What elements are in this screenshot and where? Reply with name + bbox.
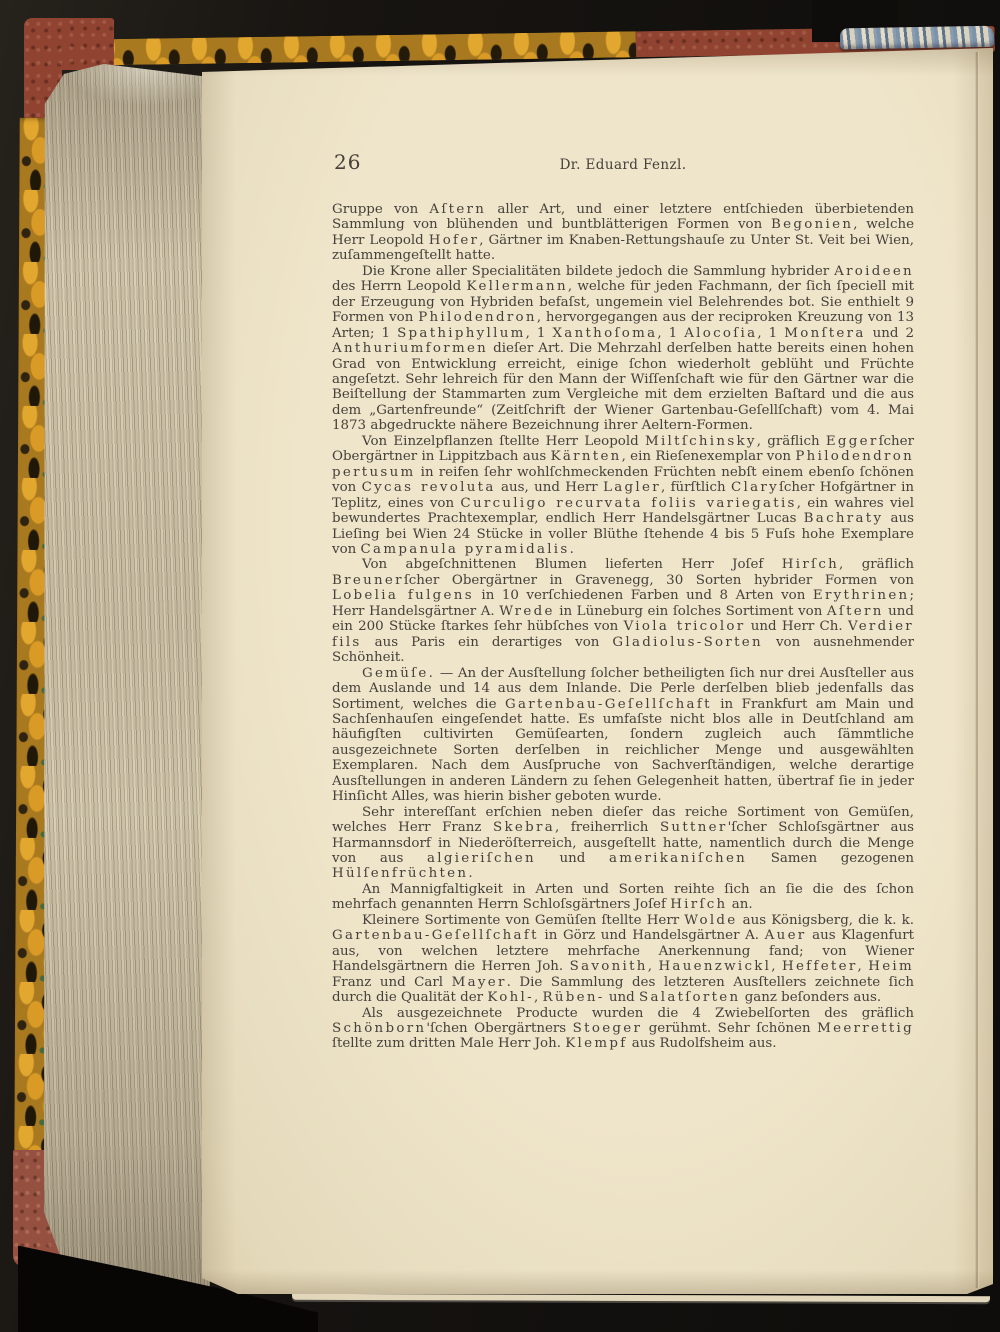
running-title: Dr. Eduard Fenzl. xyxy=(332,148,914,173)
spaced-term: Philodendron xyxy=(418,310,537,325)
text-run: Gruppe von xyxy=(332,202,429,217)
gutter-crease xyxy=(975,52,979,1288)
spaced-term: Aſtern xyxy=(827,604,884,619)
text-run: , 1 xyxy=(657,326,684,341)
spaced-term: Alocoſia xyxy=(684,326,757,341)
text-run: in Lüneburg ein ſolches Sortiment von xyxy=(555,604,827,619)
text-run: , freiherrlich xyxy=(555,820,660,835)
text-run: an. xyxy=(727,897,752,912)
text-run: , xyxy=(648,959,659,974)
paragraph: Die Krone aller Specialitäten bildete je… xyxy=(332,264,914,434)
spaced-term: Erythrinen xyxy=(813,588,910,603)
spaced-term: Hirſch xyxy=(782,557,839,572)
spaced-term: algieriſchen xyxy=(427,851,536,866)
spaced-term: Kärnten xyxy=(551,449,622,464)
spaced-term: Hauenzwickl xyxy=(658,959,771,974)
spaced-term: Salatſorten xyxy=(639,990,740,1005)
text-run: , 1 xyxy=(526,326,553,341)
paragraph: Von Einzelpflanzen ſtellte Herr Leopold … xyxy=(332,434,914,558)
paragraph: Kleinere Sortimente von Gemüſen ſtellte … xyxy=(332,913,914,1006)
spaced-term: Viola tricolor xyxy=(624,619,746,634)
paragraph: An Mannigfaltigkeit in Arten und Sorten … xyxy=(332,882,914,913)
text-block: Gruppe von Aſtern aller Art, und einer l… xyxy=(332,202,914,1052)
text-run: ſcher Obergärtner in Gravenegg, 30 Sorte… xyxy=(404,573,914,588)
text-run: . xyxy=(468,866,472,881)
spaced-term: Lobelia fulgens xyxy=(332,588,474,603)
paragraph: Von abgeſchnittenen Blumen lieferten Her… xyxy=(332,557,914,665)
spaced-term: Hülſenfrüchten xyxy=(332,866,468,881)
text-run: Von abgeſchnittenen Blumen lieferten Her… xyxy=(362,557,782,572)
text-run: und xyxy=(605,990,639,1005)
cover-top-edge-marble xyxy=(50,31,636,66)
text-run: , 1 xyxy=(757,326,784,341)
text-run: Kleinere Sortimente von Gemüſen ſtellte … xyxy=(362,913,684,928)
text-run: und Herr Ch. xyxy=(745,619,847,634)
spaced-term: Xanthoſoma xyxy=(552,326,657,341)
spaced-term: Bachraty xyxy=(804,511,884,526)
text-run: aus Königsberg, die k. k. xyxy=(738,913,914,928)
spaced-term: Begonien xyxy=(771,217,853,232)
text-run: und 2 xyxy=(866,326,914,341)
spaced-term: Wrede xyxy=(499,604,554,619)
spaced-term: Klempf xyxy=(565,1036,627,1051)
spaced-term: Stoeger xyxy=(573,1021,643,1036)
text-run: Franz und Carl xyxy=(332,975,452,990)
spaced-term: Breuner xyxy=(332,573,404,588)
text-run: des Herrn Leopold xyxy=(332,279,467,294)
spaced-term: Miltſchinsky xyxy=(645,434,757,449)
spaced-term: Gartenbau-Geſellſchaft xyxy=(505,697,712,712)
spaced-term: Skebra xyxy=(493,820,555,835)
spaced-term: Curculigo recurvata foliis variegatis xyxy=(460,496,796,511)
text-run: ſtellte zum dritten Male Herr Joh. xyxy=(332,1036,565,1051)
text-run: , gräflich xyxy=(757,434,826,449)
text-run: Die Krone aller Specialitäten bildete je… xyxy=(362,264,834,279)
text-run: aus, und Herr xyxy=(496,480,603,495)
spaced-term: Gartenbau-Geſellſchaft xyxy=(332,928,539,943)
text-run: in Frankfurt am Main und Sachſenhauſen e… xyxy=(332,697,914,805)
text-run: und xyxy=(536,851,609,866)
text-run: in Görz und Handelsgärtner A. xyxy=(539,928,765,943)
spaced-term: amerikaniſchen xyxy=(609,851,747,866)
spaced-term: Gladiolus-Sorten xyxy=(612,635,763,650)
book-scan: 26 Dr. Eduard Fenzl. Gruppe von Aſtern a… xyxy=(0,0,1000,1332)
spaced-term: Monſtera xyxy=(784,326,865,341)
spaced-term: Hofer xyxy=(429,233,480,248)
paragraph: Sehr intereſſant erſchien neben dieſer d… xyxy=(332,805,914,882)
endband xyxy=(840,26,994,50)
text-run: , gräflich xyxy=(839,557,914,572)
spaced-term: Campanula pyramidalis xyxy=(361,542,570,557)
text-run: . xyxy=(570,542,574,557)
spaced-term: Auer xyxy=(765,928,807,943)
text-run: , ein Rieſenexemplar von xyxy=(622,449,796,464)
spaced-term: Rüben- xyxy=(542,990,604,1005)
text-run: ganz beſonders aus. xyxy=(740,990,881,1005)
under-page-edge xyxy=(292,1294,990,1302)
spaced-term: Lagler xyxy=(603,480,661,495)
spaced-term: Heim xyxy=(868,959,914,974)
spaced-term: Cycas revoluta xyxy=(362,480,496,495)
spaced-term: Schönborn xyxy=(332,1021,426,1036)
page-content: 26 Dr. Eduard Fenzl. Gruppe von Aſtern a… xyxy=(332,148,914,1052)
spaced-term: Anthuriumformen xyxy=(332,341,488,356)
text-run: gerühmt. Sehr ſchönen xyxy=(642,1021,817,1036)
paragraph: Als ausgezeichnete Producte wurden die 4… xyxy=(332,1006,914,1052)
spaced-term: Savonith xyxy=(570,959,648,974)
spaced-term: Gemüſe. xyxy=(362,666,435,681)
spaced-term: Clary xyxy=(731,480,779,495)
paragraph: Gemüſe. — An der Ausſtellung ſolcher bet… xyxy=(332,666,914,805)
text-run: , xyxy=(858,959,869,974)
spaced-term: Spathiphyllum xyxy=(397,326,526,341)
text-run: aus Paris ein derartiges von xyxy=(362,635,613,650)
open-page: 26 Dr. Eduard Fenzl. Gruppe von Aſtern a… xyxy=(202,48,993,1294)
text-run: aus Rudolfsheim aus. xyxy=(627,1036,776,1051)
page-number: 26 xyxy=(334,150,361,174)
text-run: in 10 verſchiedenen Farben und 8 Arten v… xyxy=(474,588,813,603)
text-run: , xyxy=(771,959,782,974)
text-run: Von Einzelpflanzen ſtellte Herr Leopold xyxy=(362,434,645,449)
page-stack-fore-edge xyxy=(44,64,210,1312)
spaced-term: Heffeter xyxy=(782,959,858,974)
spaced-term: Wolde xyxy=(684,913,737,928)
paragraph: Gruppe von Aſtern aller Art, und einer l… xyxy=(332,202,914,264)
spaced-term: Aroideen xyxy=(834,264,914,279)
spaced-term: Mayer xyxy=(452,975,507,990)
spaced-term: Suttner xyxy=(660,820,728,835)
text-run: 'ſchen Obergärtners xyxy=(426,1021,572,1036)
spaced-term: Kellermann xyxy=(467,279,568,294)
spaced-term: Meerrettig xyxy=(817,1021,914,1036)
spaced-term: Egger xyxy=(826,434,879,449)
text-run: , fürſtlich xyxy=(661,480,731,495)
spaced-term: Kohl- xyxy=(487,990,534,1005)
text-run: An Mannigfaltigkeit in Arten und Sorten … xyxy=(332,882,914,912)
scan-background: { "header": { "page_number": "26", "runn… xyxy=(0,0,1000,1332)
page-header: 26 Dr. Eduard Fenzl. xyxy=(332,148,914,182)
spaced-term: Aſtern xyxy=(429,202,486,217)
spaced-term: Hirſch xyxy=(670,897,727,912)
text-run: Samen gezogenen xyxy=(747,851,914,866)
text-run: Als ausgezeichnete Producte wurden die 4… xyxy=(362,1006,914,1021)
